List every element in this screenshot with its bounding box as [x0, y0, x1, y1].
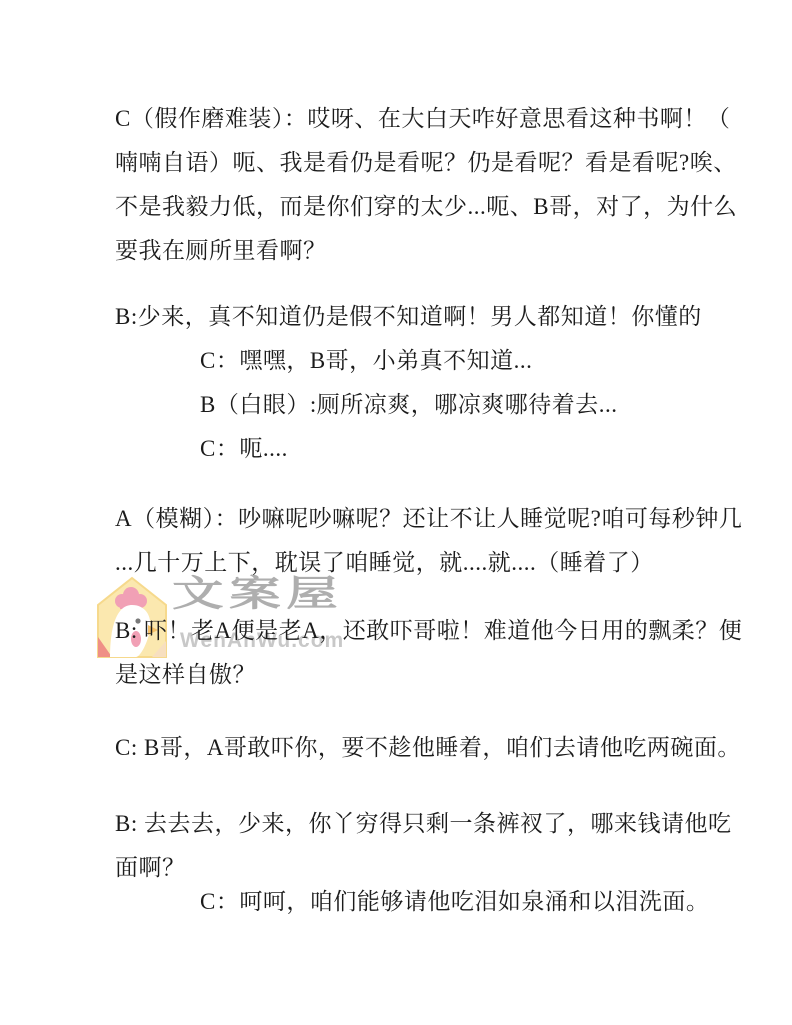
- dialogue-block-a-sleepy: A（模糊）：吵嘛呢吵嘛呢？还让不让人睡觉呢?咱可每秒钟几 ...几十万上下，耽误…: [115, 497, 742, 585]
- dialogue-line: C: B哥，A哥敢吓你，要不趁他睡着，咱们去请他吃两碗面。: [115, 726, 742, 770]
- dialogue-block-c-opening: C（假作磨难装）：哎呀、在大白天咋好意思看这种书啊！（ 喃喃自语）呃、我是看仍是…: [115, 97, 742, 273]
- dialogue-line: ...几十万上下，耽误了咱睡觉，就....就....（睡着了）: [115, 541, 742, 585]
- dialogue-block-b-c-exchange: B:少来，真不知道仍是假不知道啊！男人都知道！你懂的 C：嘿嘿，B哥，小弟真不知…: [115, 295, 742, 471]
- dialogue-line: C：呃....: [115, 427, 742, 471]
- dialogue-line: 喃喃自语）呃、我是看仍是看呢？仍是看呢？看是看呢?唉、: [115, 141, 742, 185]
- dialogue-block-b-mock: B: 去去去，少来，你丫穷得只剩一条裤衩了，哪来钱请他吃 面啊？: [115, 802, 742, 890]
- dialogue-text: C（假作磨难装）：哎呀、在大白天咋好意思看这种书啊！（ 喃喃自语）呃、我是看仍是…: [115, 97, 742, 924]
- document-page: 文案屋 WenAnWu.com C（假作磨难装）：哎呀、在大白天咋好意思看这种书…: [0, 0, 792, 1025]
- dialogue-line: C：呵呵，咱们能够请他吃泪如泉涌和以泪洗面。: [115, 880, 742, 924]
- dialogue-line: B:少来，真不知道仍是假不知道啊！男人都知道！你懂的: [115, 295, 742, 339]
- dialogue-block-c-noodles: C: B哥，A哥敢吓你，要不趁他睡着，咱们去请他吃两碗面。: [115, 726, 742, 770]
- dialogue-line: B: 吓！老A便是老A，还敢吓哥啦！难道他今日用的飘柔？便: [115, 609, 742, 653]
- dialogue-line: B（白眼）:厕所凉爽，哪凉爽哪待着去...: [115, 383, 742, 427]
- dialogue-line: C：嘿嘿，B哥，小弟真不知道...: [115, 339, 742, 383]
- dialogue-line: B: 去去去，少来，你丫穷得只剩一条裤衩了，哪来钱请他吃: [115, 802, 742, 846]
- dialogue-block-b-scared: B: 吓！老A便是老A，还敢吓哥啦！难道他今日用的飘柔？便 是这样自傲？: [115, 609, 742, 697]
- dialogue-line: A（模糊）：吵嘛呢吵嘛呢？还让不让人睡觉呢?咱可每秒钟几: [115, 497, 742, 541]
- dialogue-line: 不是我毅力低，而是你们穿的太少...呃、B哥，对了，为什么: [115, 185, 742, 229]
- dialogue-line: 是这样自傲？: [115, 653, 742, 697]
- dialogue-line: 要我在厕所里看啊？: [115, 229, 742, 273]
- dialogue-line: C（假作磨难装）：哎呀、在大白天咋好意思看这种书啊！（: [115, 97, 742, 141]
- dialogue-block-c-closing: C：呵呵，咱们能够请他吃泪如泉涌和以泪洗面。: [115, 880, 742, 924]
